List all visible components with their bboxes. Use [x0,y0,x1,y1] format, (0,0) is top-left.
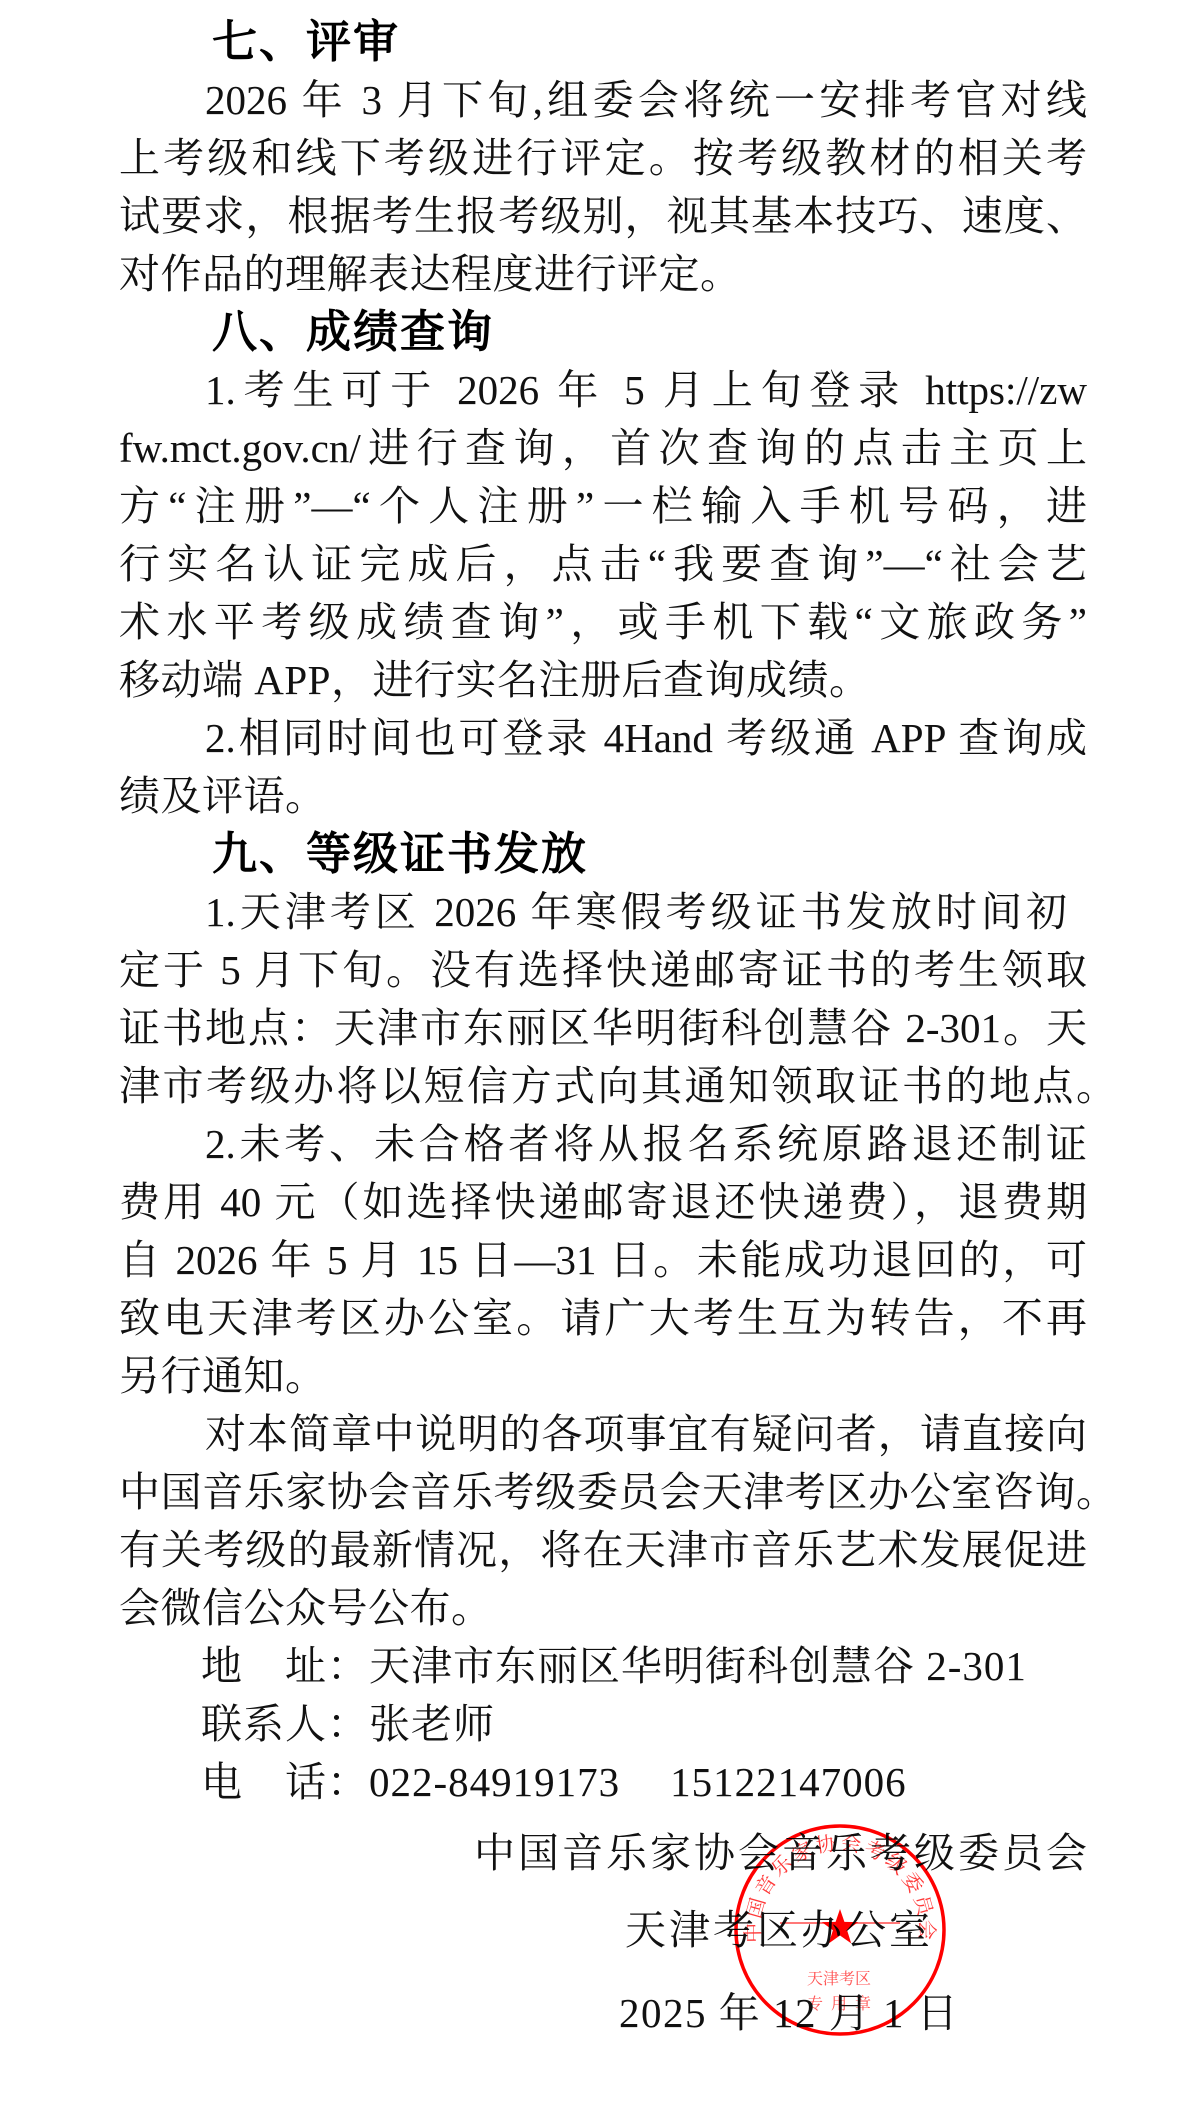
section-heading-certificates: 九、等级证书发放 [0,825,1200,883]
contact-person: 联系人：张老师 [201,1695,1200,1753]
text-line: 自 2026 年 5 月 15 日—31 日。未能成功退回的，可 [119,1231,1087,1289]
contact-phone: 电 话：022-8491917315122147006 [201,1753,1200,1811]
text-line: 致电天津考区办公室。请广大考生互为转告，不再 [119,1289,1087,1347]
contact-person-value: 张老师 [369,1701,495,1747]
text-line: 绩及评语。 [119,767,1200,825]
text-line: 费用 40 元（如选择快递邮寄退还快递费），退费期 [119,1173,1087,1231]
text-line: 2.相同时间也可登录 4Hand 考级通 APP 查询成 [205,709,1087,767]
text-line: 有关考级的最新情况，将在天津市音乐艺术发展促进 [119,1521,1087,1579]
document-page: 七、评审 2026 年 3 月下旬,组委会将统一安排考官对线 上考级和线下考级进… [0,0,1200,2114]
contact-address: 地 址：天津市东丽区华明街科创慧谷 2-301 [201,1637,1200,1695]
seal-center-text-2: 专用章 [807,1994,879,2013]
phone-number-landline: 022-84919173 [369,1759,620,1805]
section-heading-review: 七、评审 [0,13,1200,71]
text-line: 上考级和线下考级进行评定。按考级教材的相关考 [119,129,1087,187]
text-line: 2026 年 3 月下旬,组委会将统一安排考官对线 [205,71,1087,129]
text-line: 移动端 APP，进行实名注册后查询成绩。 [119,651,1200,709]
star-icon [822,1909,858,1943]
document-body: 七、评审 2026 年 3 月下旬,组委会将统一安排考官对线 上考级和线下考级进… [0,13,1200,1811]
text-line: 对作品的理解表达程度进行评定。 [119,245,1200,303]
text-line: 方“注册”—“个人注册”一栏输入手机号码，进 [119,477,1087,535]
contact-person-label: 联系人： [201,1695,369,1753]
text-line: 试要求，根据考生报考级别，视其基本技巧、速度、 [119,187,1087,245]
text-line: 2.未考、未合格者将从报名系统原路退还制证 [205,1115,1087,1173]
address-value: 天津市东丽区华明街科创慧谷 2-301 [369,1643,1027,1689]
section-heading-results: 八、成绩查询 [0,303,1200,361]
text-line: 证书地点：天津市东丽区华明街科创慧谷 2-301。天 [119,999,1087,1057]
text-line: 术水平考级成绩查询”，或手机下载“文旅政务” [119,593,1087,651]
text-line: 中国音乐家协会音乐考级委员会天津考区办公室咨询。 [119,1463,1117,1521]
text-line: 津市考级办将以短信方式向其通知领取证书的地点。 [119,1057,1117,1115]
text-line: fw.mct.gov.cn/进行查询，首次查询的点击主页上 [119,419,1087,477]
text-line: 定于 5 月下旬。没有选择快递邮寄证书的考生领取 [119,941,1087,999]
text-line: 行实名认证完成后，点击“我要查询”—“社会艺 [119,535,1087,593]
official-seal-stamp: 中国音乐家协会考级委员会 天津考区 专用章 [733,1823,947,2037]
text-line: 1.考生可于 2026 年 5 月上旬登录 https://zw [205,361,1087,419]
address-label: 地 址： [201,1637,369,1695]
phone-label: 电 话： [201,1753,369,1811]
text-line: 另行通知。 [119,1347,1200,1405]
text-line: 对本简章中说明的各项事宜有疑问者，请直接向 [205,1405,1087,1463]
text-line: 1.天津考区 2026 年寒假考级证书发放时间初 [205,883,1067,941]
text-line: 会微信公众号公布。 [119,1579,1200,1637]
phone-number-mobile: 15122147006 [670,1759,907,1805]
seal-center-text-1: 天津考区 [807,1969,871,1988]
